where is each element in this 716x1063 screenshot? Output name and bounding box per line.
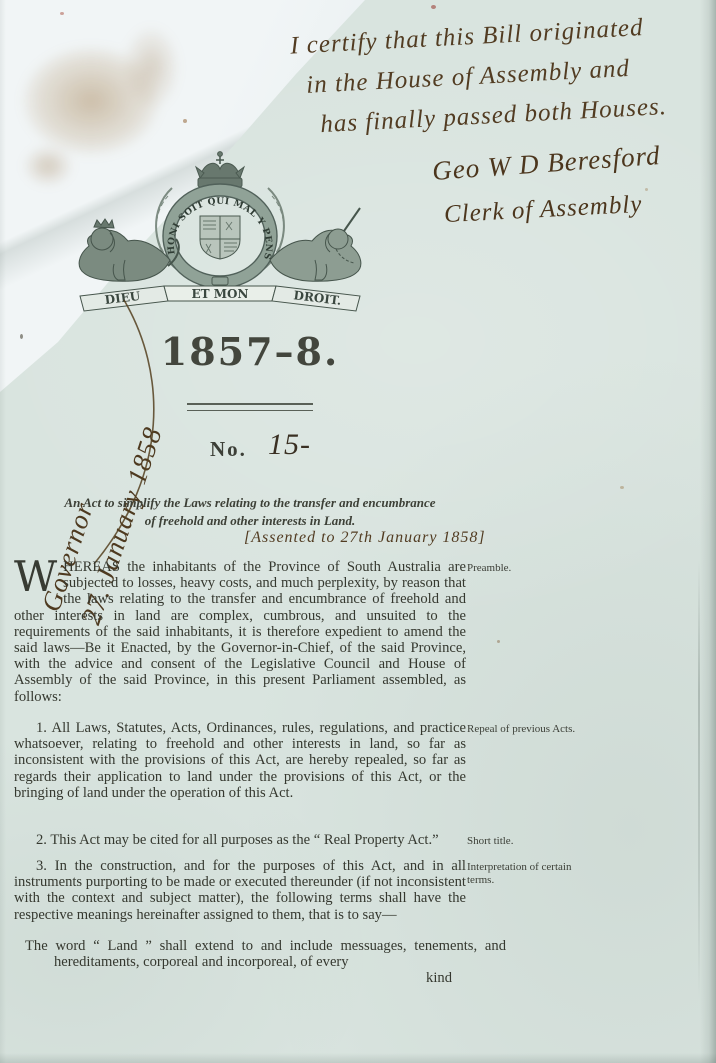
motto-right-text: DROIT.	[293, 288, 342, 308]
foxing-speck	[431, 5, 436, 9]
motto-center-text: ET MON	[192, 287, 249, 301]
margin-note-interpretation: Interpretation of certain terms.	[467, 861, 579, 886]
section-1-paragraph: 1. All Laws, Statutes, Acts, Ordinances,…	[14, 720, 466, 801]
certification-note: I certify that this Bill originated in t…	[289, 2, 716, 147]
paper-crease	[698, 560, 700, 1000]
double-rule	[187, 403, 313, 411]
clerk-title: Clerk of Assembly	[443, 191, 643, 229]
act-number-value: 15-	[268, 428, 311, 462]
margin-note-repeal: Repeal of previous Acts.	[467, 723, 579, 736]
margin-note-short-title: Short title.	[467, 835, 579, 848]
dropcap-letter: W	[14, 559, 63, 593]
section-2-paragraph: 2. This Act may be cited for all purpose…	[14, 832, 466, 848]
preamble-paragraph: WHEREAS the inhabitants of the Province …	[14, 559, 466, 705]
foxing-speck	[645, 188, 648, 191]
document-page: I certify that this Bill originated in t…	[0, 0, 716, 1063]
act-long-title: An Act to simplify the Laws relating to …	[28, 494, 472, 530]
section-3-paragraph: 3. In the construction, and for the purp…	[14, 858, 466, 923]
foxing-speck	[620, 486, 624, 489]
catchword: kind	[14, 970, 452, 987]
act-title-line: An Act to simplify the Laws relating to …	[28, 494, 472, 512]
act-number-label: No.	[210, 437, 247, 462]
clerk-signature: Geo W D Beresford	[431, 140, 661, 187]
crown-icon	[196, 152, 244, 187]
act-title-line: of freehold and other interests in Land.	[28, 512, 472, 530]
definition-land-paragraph: The word “ Land ” shall extend to and in…	[14, 938, 506, 970]
preamble-text: HEREAS the inhabitants of the Province o…	[14, 559, 466, 705]
assent-note: [Assented to 27th January 1858]	[244, 529, 486, 547]
margin-note-preamble: Preamble.	[467, 562, 579, 575]
foxing-speck	[497, 640, 500, 643]
shield	[200, 216, 240, 259]
royal-coat-of-arms: HONI SOIT QUI MAL Y PENSE	[50, 144, 390, 316]
